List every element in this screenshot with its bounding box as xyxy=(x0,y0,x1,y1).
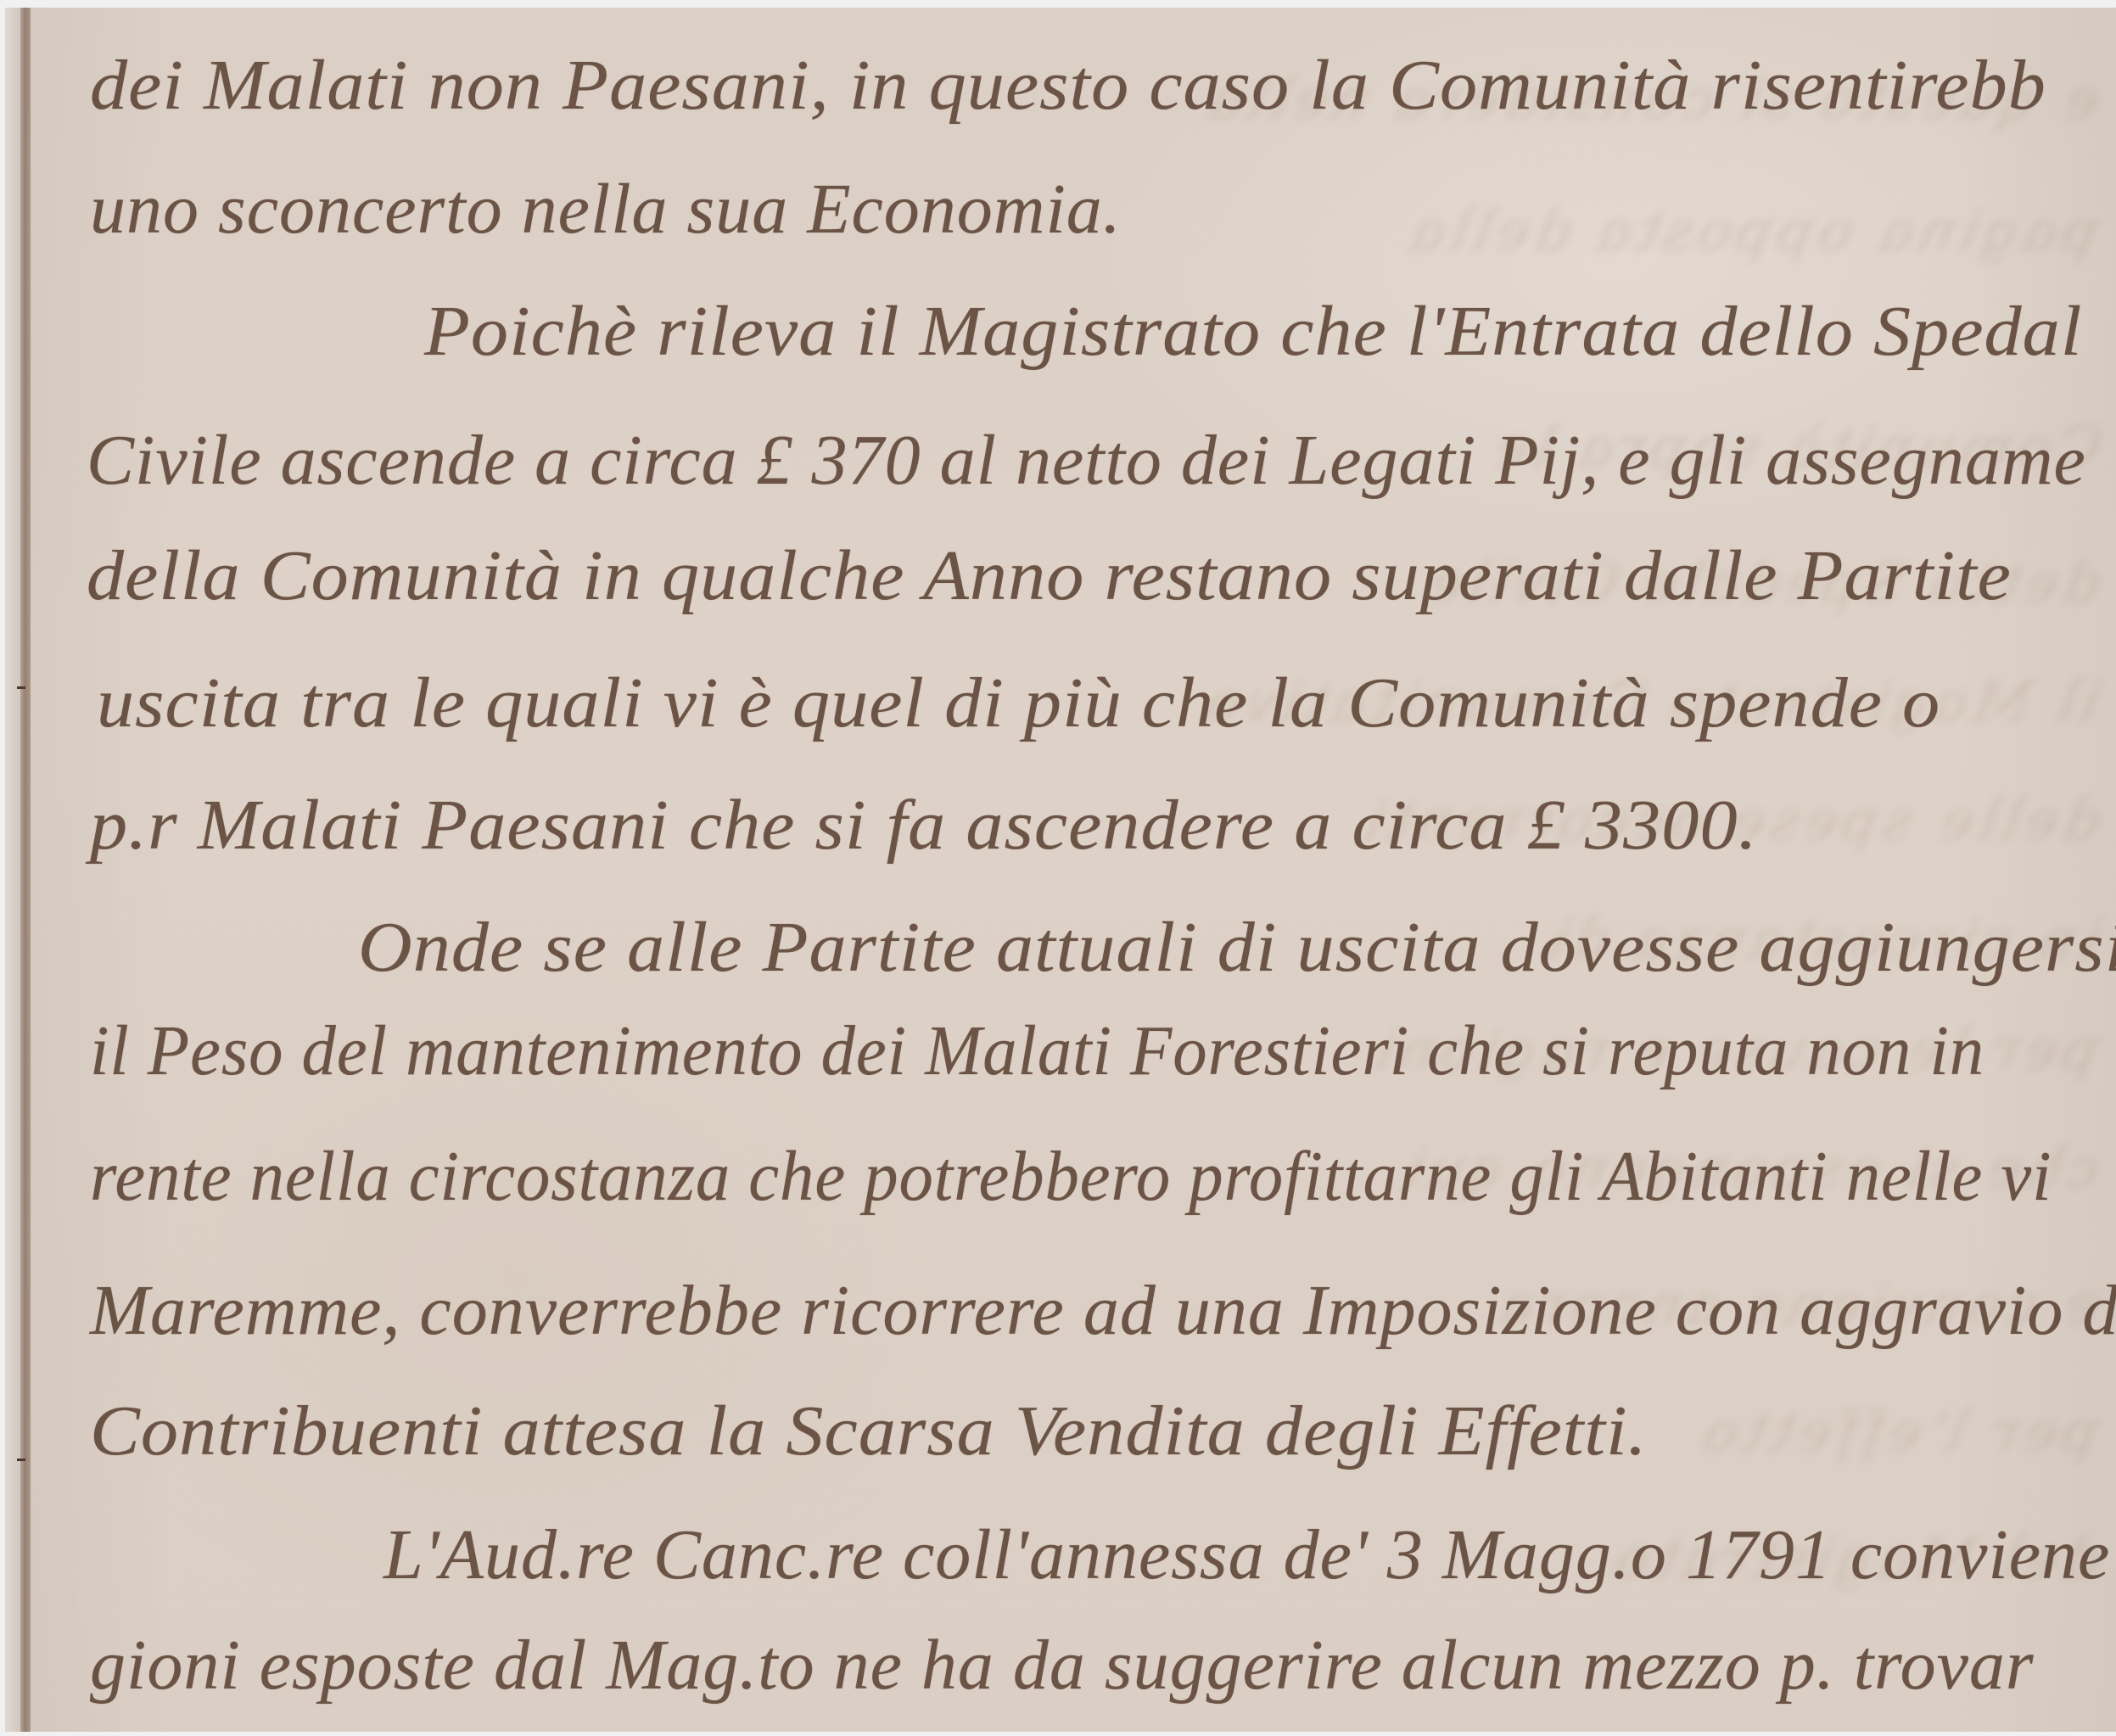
manuscript-line: il Peso del mantenimento dei Malati Fore… xyxy=(90,1016,1984,1087)
manuscript-line: Poichè rileva il Magistrato che l'Entrat… xyxy=(424,296,2082,367)
manuscript-line: p.r Malati Paesani che si fa ascendere a… xyxy=(90,790,1758,861)
manuscript-line: dei Malati non Paesani, in questo caso l… xyxy=(90,50,2046,121)
margin-mark xyxy=(17,686,25,689)
manuscript-line: rente nella circostanza che potrebbero p… xyxy=(90,1141,2052,1212)
manuscript-line: della Comunità in qualche Anno restano s… xyxy=(87,540,2012,612)
margin-rule xyxy=(20,8,31,1732)
page-frame: e questo si considera nella pagina oppos… xyxy=(0,0,2116,1736)
paper-shading xyxy=(5,8,2116,1732)
manuscript-line: Maremme, converrebbe ricorrere ad una Im… xyxy=(90,1275,2116,1347)
manuscript-page: e questo si considera nella pagina oppos… xyxy=(5,8,2116,1732)
manuscript-line: Contribuenti attesa la Scarsa Vendita de… xyxy=(90,1396,1648,1467)
manuscript-line: gioni esposte dal Mag.to ne ha da sugger… xyxy=(90,1630,2035,1701)
margin-mark xyxy=(17,1459,25,1461)
manuscript-line: L'Aud.re Canc.re coll'annessa de' 3 Magg… xyxy=(383,1520,2116,1591)
manuscript-line: Civile ascende a circa £ 370 al netto de… xyxy=(87,425,2086,496)
manuscript-line: uno sconcerto nella sua Economia. xyxy=(90,174,1122,245)
manuscript-line: uscita tra le quali vi è quel di più che… xyxy=(97,668,1940,739)
manuscript-line: Onde se alle Partite attuali di uscita d… xyxy=(358,912,2116,983)
bleed-through-text: per l'effetto xyxy=(1683,1399,2116,1464)
bleed-through-text: pagina opposta della xyxy=(1391,199,2116,264)
binding-edge xyxy=(5,8,20,1732)
